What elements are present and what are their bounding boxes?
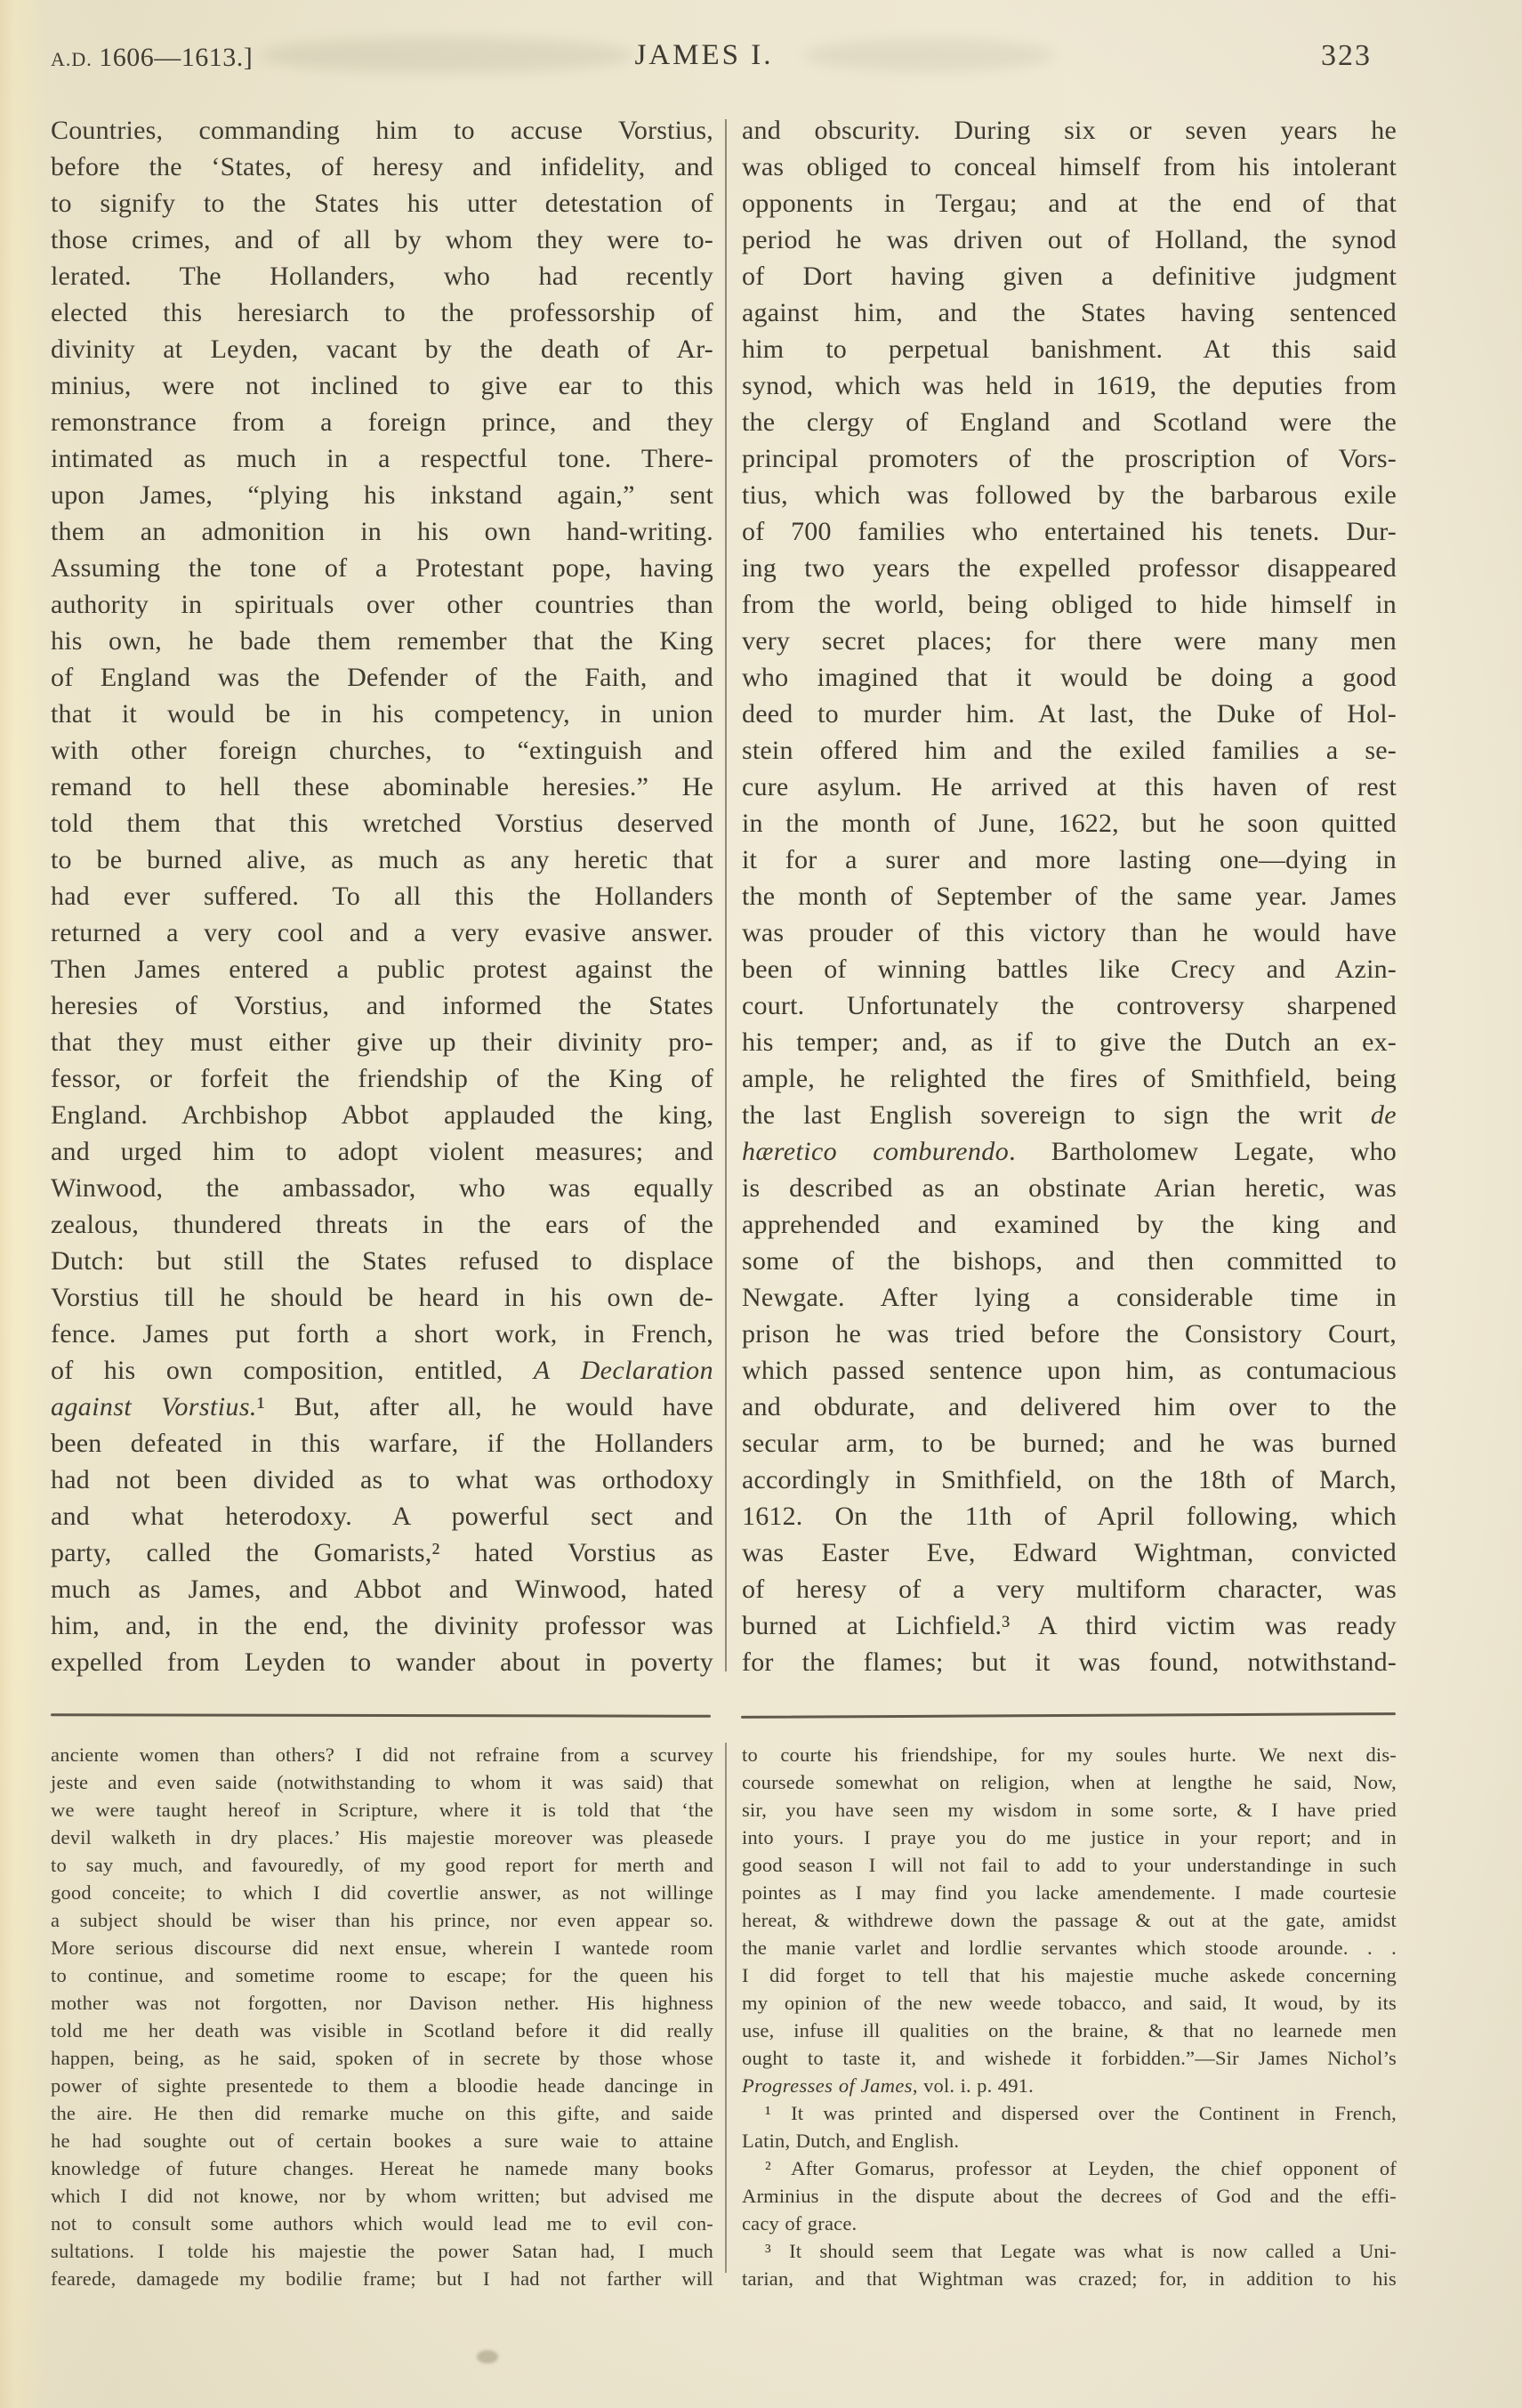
- text-line: the aire. He then did remarke muche on t…: [51, 2099, 713, 2127]
- text-line: in the month of June, 1622, but he soon …: [742, 805, 1397, 842]
- text-line: elected this heresiarch to the professor…: [51, 294, 713, 331]
- text-line: authority in spirituals over other count…: [51, 586, 713, 623]
- text-line: the clergy of England and Scotland were …: [742, 404, 1397, 440]
- text-line: told them that this wretched Vorstius de…: [51, 805, 713, 842]
- text-line: been of winning battles like Crecy and A…: [742, 951, 1397, 987]
- text-line: Assuming the tone of a Protestant pope, …: [51, 550, 713, 586]
- text-line: fence. James put forth a short work, in …: [51, 1316, 713, 1352]
- text-line: synod, which was held in 1619, the deput…: [742, 367, 1397, 404]
- text-line: to continue, and sometime roome to escap…: [51, 1961, 713, 1989]
- footnote-rule-right: [741, 1712, 1396, 1718]
- text-line: we were taught hereof in Scripture, wher…: [51, 1796, 713, 1824]
- text-line: good season I will not fail to add to yo…: [742, 1851, 1397, 1879]
- text-line: much as James, and Abbot and Winwood, ha…: [51, 1571, 713, 1607]
- text-line: coursede somewhat on religion, when at l…: [742, 1768, 1397, 1796]
- text-line: good conceite; to which I did covertlie …: [51, 1879, 713, 1906]
- text-line: ² After Gomarus, professor at Leyden, th…: [742, 2154, 1397, 2182]
- text-line: them an admonition in his own hand-writi…: [51, 513, 713, 550]
- text-line: mother was not forgotten, nor Davison ne…: [51, 1989, 713, 2017]
- text-line: which I did not knowe, nor by whom writt…: [51, 2182, 713, 2210]
- text-line: Winwood, the ambassador, who was equally: [51, 1170, 713, 1206]
- text-line: was prouder of this victory than he woul…: [742, 914, 1397, 951]
- text-line: is described as an obstinate Arian heret…: [742, 1170, 1397, 1206]
- text-line: 1612. On the 11th of April following, wh…: [742, 1498, 1397, 1534]
- text-line: intimated as much in a respectful tone. …: [51, 440, 713, 477]
- text-line: England. Archbishop Abbot applauded the …: [51, 1097, 713, 1133]
- text-line: principal promoters of the proscription …: [742, 440, 1397, 477]
- text-line: party, called the Gomarists,² hated Vors…: [51, 1534, 713, 1571]
- text-line: sir, you have seen my wisdom in some sor…: [742, 1796, 1397, 1824]
- text-line: him to perpetual banishment. At this sai…: [742, 331, 1397, 367]
- text-line: the manie varlet and lordlie servantes w…: [742, 1934, 1397, 1961]
- text-line: and urged him to adopt violent measures;…: [51, 1133, 713, 1170]
- text-line: of 700 families who entertained his tene…: [742, 513, 1397, 550]
- text-line: fessor, or forfeit the friendship of the…: [51, 1060, 713, 1097]
- text-line: cure asylum. He arrived at this haven of…: [742, 769, 1397, 805]
- text-line: cacy of grace.: [742, 2210, 1397, 2237]
- text-line: divinity at Leyden, vacant by the death …: [51, 331, 713, 367]
- text-line: Newgate. After lying a considerable time…: [742, 1279, 1397, 1316]
- footnote-right-column: to courte his friendshipe, for my soules…: [742, 1741, 1397, 2292]
- text-line: I did forget to tell that his majestie m…: [742, 1961, 1397, 1989]
- text-line: with other foreign churches, to “extingu…: [51, 732, 713, 769]
- main-text-block: Countries, commanding him to accuse Vors…: [51, 112, 1522, 1680]
- main-left-column: Countries, commanding him to accuse Vors…: [51, 112, 713, 1680]
- text-line: remand to hell these abominable heresies…: [51, 769, 713, 805]
- running-title: JAMES I.: [31, 39, 1377, 72]
- text-line: to say much, and favouredly, of my good …: [51, 1851, 713, 1879]
- text-line: his own, he bade them remember that the …: [51, 623, 713, 659]
- page-number: 323: [1321, 39, 1372, 73]
- text-line: to be burned alive, as much as any heret…: [51, 842, 713, 878]
- text-line: heresies of Vorstius, and informed the S…: [51, 987, 713, 1024]
- text-line: zealous, thundered threats in the ears o…: [51, 1206, 713, 1243]
- text-line: apprehended and examined by the king and: [742, 1206, 1397, 1243]
- text-line: opponents in Tergau; and at the end of t…: [742, 185, 1397, 221]
- text-line: Latin, Dutch, and English.: [742, 2127, 1397, 2154]
- book-page: A.D. 1606—1613.] JAMES I. 323 Countries,…: [0, 0, 1522, 2408]
- text-line: before the ‘States, of heresy and infide…: [51, 149, 713, 185]
- footnote-rule-left: [51, 1713, 711, 1717]
- text-line: ought to taste it, and wishede it forbid…: [742, 2044, 1397, 2072]
- footnote-left-column: anciente women than others? I did not re…: [51, 1741, 713, 2292]
- text-line: the last English sovereign to sign the w…: [742, 1097, 1397, 1133]
- column-divider-rule: [725, 119, 727, 1671]
- text-line: Progresses of James, vol. i. p. 491.: [742, 2072, 1397, 2099]
- text-line: Arminius in the dispute about the decree…: [742, 2182, 1397, 2210]
- text-line: which passed sentence upon him, as contu…: [742, 1352, 1397, 1389]
- text-line: very secret places; for there were many …: [742, 623, 1397, 659]
- text-line: who imagined that it would be doing a go…: [742, 659, 1397, 696]
- text-line: devil walketh in dry places.’ His majest…: [51, 1824, 713, 1851]
- text-line: fearede, damagede my bodilie frame; but …: [51, 2265, 713, 2292]
- text-line: into yours. I praye you do me justice in…: [742, 1824, 1397, 1851]
- text-line: of Dort having given a definitive judgme…: [742, 258, 1397, 294]
- text-line: More serious discourse did next ensue, w…: [51, 1934, 713, 1961]
- text-line: of heresy of a very multiform character,…: [742, 1571, 1397, 1607]
- text-line: expelled from Leyden to wander about in …: [51, 1644, 713, 1680]
- text-line: tarian, and that Wightman was crazed; fo…: [742, 2265, 1397, 2292]
- text-line: was Easter Eve, Edward Wightman, convict…: [742, 1534, 1397, 1571]
- text-line: anciente women than others? I did not re…: [51, 1741, 713, 1768]
- text-line: stein offered him and the exiled familie…: [742, 732, 1397, 769]
- text-line: from the world, being obliged to hide hi…: [742, 586, 1397, 623]
- text-line: against Vorstius.¹ But, after all, he wo…: [51, 1389, 713, 1425]
- text-line: ³ It should seem that Legate was what is…: [742, 2237, 1397, 2265]
- text-line: period he was driven out of Holland, the…: [742, 221, 1397, 258]
- text-line: sultations. I tolde his majestie the pow…: [51, 2237, 713, 2265]
- text-line: against him, and the States having sente…: [742, 294, 1397, 331]
- text-line: told me her death was visible in Scotlan…: [51, 2017, 713, 2044]
- text-line: that it would be in his competency, in u…: [51, 696, 713, 732]
- text-line: of England was the Defender of the Faith…: [51, 659, 713, 696]
- footnote-block: anciente women than others? I did not re…: [51, 1741, 1522, 2292]
- text-line: it for a surer and more lasting one—dyin…: [742, 842, 1397, 878]
- text-line: was obliged to conceal himself from his …: [742, 149, 1397, 185]
- text-line: burned at Lichfield.³ A third victim was…: [742, 1607, 1397, 1644]
- text-line: minius, were not inclined to give ear to…: [51, 367, 713, 404]
- text-line: power of sighte presentede to them a blo…: [51, 2072, 713, 2099]
- text-line: and obdurate, and delivered him over to …: [742, 1389, 1397, 1425]
- text-line: remonstrance from a foreign prince, and …: [51, 404, 713, 440]
- text-line: ample, he relighted the fires of Smithfi…: [742, 1060, 1397, 1097]
- text-line: hæretico comburendo. Bartholomew Legate,…: [742, 1133, 1397, 1170]
- text-line: happen, being, as he said, spoken of in …: [51, 2044, 713, 2072]
- text-line: that they must either give up their divi…: [51, 1024, 713, 1060]
- text-line: and obscurity. During six or seven years…: [742, 112, 1397, 149]
- text-line: had ever suffered. To all this the Holla…: [51, 878, 713, 914]
- text-line: of his own composition, entitled, A Decl…: [51, 1352, 713, 1389]
- text-line: Vorstius till he should be heard in his …: [51, 1279, 713, 1316]
- text-line: use, infuse ill qualities on the braine,…: [742, 2017, 1397, 2044]
- text-line: to signify to the States his utter detes…: [51, 185, 713, 221]
- text-line: not to consult some authors which would …: [51, 2210, 713, 2237]
- footnote-column-divider-rule: [725, 1743, 727, 2273]
- text-line: ing two years the expelled professor dis…: [742, 550, 1397, 586]
- text-line: Dutch: but still the States refused to d…: [51, 1243, 713, 1279]
- page-header: A.D. 1606—1613.] JAMES I. 323: [51, 39, 1397, 82]
- text-line: tius, which was followed by the barbarou…: [742, 477, 1397, 513]
- text-line: the month of September of the same year.…: [742, 878, 1397, 914]
- text-line: returned a very cool and a very evasive …: [51, 914, 713, 951]
- text-line: some of the bishops, and then committed …: [742, 1243, 1397, 1279]
- text-line: Countries, commanding him to accuse Vors…: [51, 112, 713, 149]
- text-line: accordingly in Smithfield, on the 18th o…: [742, 1462, 1397, 1498]
- text-line: he had soughte out of certain bookes a s…: [51, 2127, 713, 2154]
- text-line: secular arm, to be burned; and he was bu…: [742, 1425, 1397, 1462]
- text-line: been defeated in this warfare, if the Ho…: [51, 1425, 713, 1462]
- footnote-separator: [51, 1714, 1522, 1718]
- text-line: upon James, “plying his inkstand again,”…: [51, 477, 713, 513]
- text-line: and what heterodoxy. A powerful sect and: [51, 1498, 713, 1534]
- text-line: knowledge of future changes. Hereat he n…: [51, 2154, 713, 2182]
- text-line: pointes as I may find you lacke amendeme…: [742, 1879, 1397, 1906]
- text-line: his temper; and, as if to give the Dutch…: [742, 1024, 1397, 1060]
- main-right-column: and obscurity. During six or seven years…: [742, 112, 1397, 1680]
- text-line: those crimes, and of all by whom they we…: [51, 221, 713, 258]
- text-line: a subject should be wiser than his princ…: [51, 1906, 713, 1934]
- text-line: him, and, in the end, the divinity profe…: [51, 1607, 713, 1644]
- text-line: hereat, & withdrewe down the passage & o…: [742, 1906, 1397, 1934]
- text-line: prison he was tried before the Consistor…: [742, 1316, 1397, 1352]
- text-line: ¹ It was printed and dispersed over the …: [742, 2099, 1397, 2127]
- text-line: my opinion of the new weede tobacco, and…: [742, 1989, 1397, 2017]
- text-line: Then James entered a public protest agai…: [51, 951, 713, 987]
- text-line: deed to murder him. At last, the Duke of…: [742, 696, 1397, 732]
- text-line: court. Unfortunately the controversy sha…: [742, 987, 1397, 1024]
- text-line: jeste and even saide (notwithstanding to…: [51, 1768, 713, 1796]
- text-line: had not been divided as to what was orth…: [51, 1462, 713, 1498]
- text-line: for the flames; but it was found, notwit…: [742, 1644, 1397, 1680]
- text-line: to courte his friendshipe, for my soules…: [742, 1741, 1397, 1768]
- text-line: lerated. The Hollanders, who had recentl…: [51, 258, 713, 294]
